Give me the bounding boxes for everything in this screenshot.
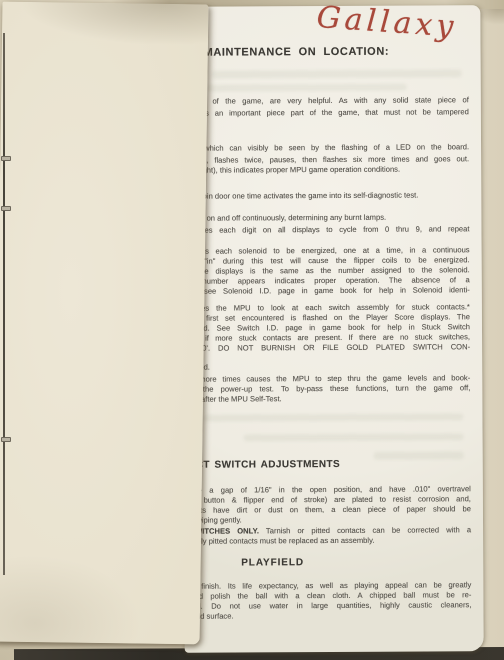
text-line: s '0'. DO NOT BURNISH OR FILE GOLD PLATE… <box>189 341 470 353</box>
heading-playfield: PLAYFIELD <box>241 557 304 568</box>
text-line: elf, which can visibly be seen by the fl… <box>188 141 469 153</box>
manual-page: MAINTENANCE ON LOCATION:esign of the gam… <box>181 5 483 653</box>
text-line: he coin door one time activates the game… <box>188 189 469 201</box>
scanned-manual-page: MAINTENANCE ON LOCATION:esign of the gam… <box>0 0 504 660</box>
text-line: nt, see Solenoid I.D. page in game book … <box>189 284 470 296</box>
staple-mark <box>1 437 11 442</box>
text-line: luded. <box>189 360 470 372</box>
overlapping-page <box>0 2 208 645</box>
staple-mark <box>1 156 11 161</box>
text-line: flash on and off continuously, determini… <box>188 211 469 223</box>
text-line: erely pitted contacts must be replaced a… <box>190 534 471 546</box>
text-line: of eight), this indicates proper MPU gam… <box>188 163 469 175</box>
text-line: causes each digit on all displays to cyc… <box>188 223 469 235</box>
heading-maintenance-on-location: MAINTENANCE ON LOCATION: <box>204 47 390 59</box>
staple-mark <box>1 206 11 211</box>
text-line: cle is an important piece part of the ga… <box>188 106 469 118</box>
page-text: MAINTENANCE ON LOCATION:esign of the gam… <box>181 5 483 653</box>
heading-switch-adjustments: CT SWITCH ADJUSTMENTS <box>196 459 340 471</box>
text-line: esign of the game, are very helpful. As … <box>188 94 469 106</box>
text-line: ay, after the MPU Self-Test. <box>189 392 470 404</box>
text-line: field surface. <box>190 609 471 621</box>
booklet-spine-edge <box>3 33 6 575</box>
